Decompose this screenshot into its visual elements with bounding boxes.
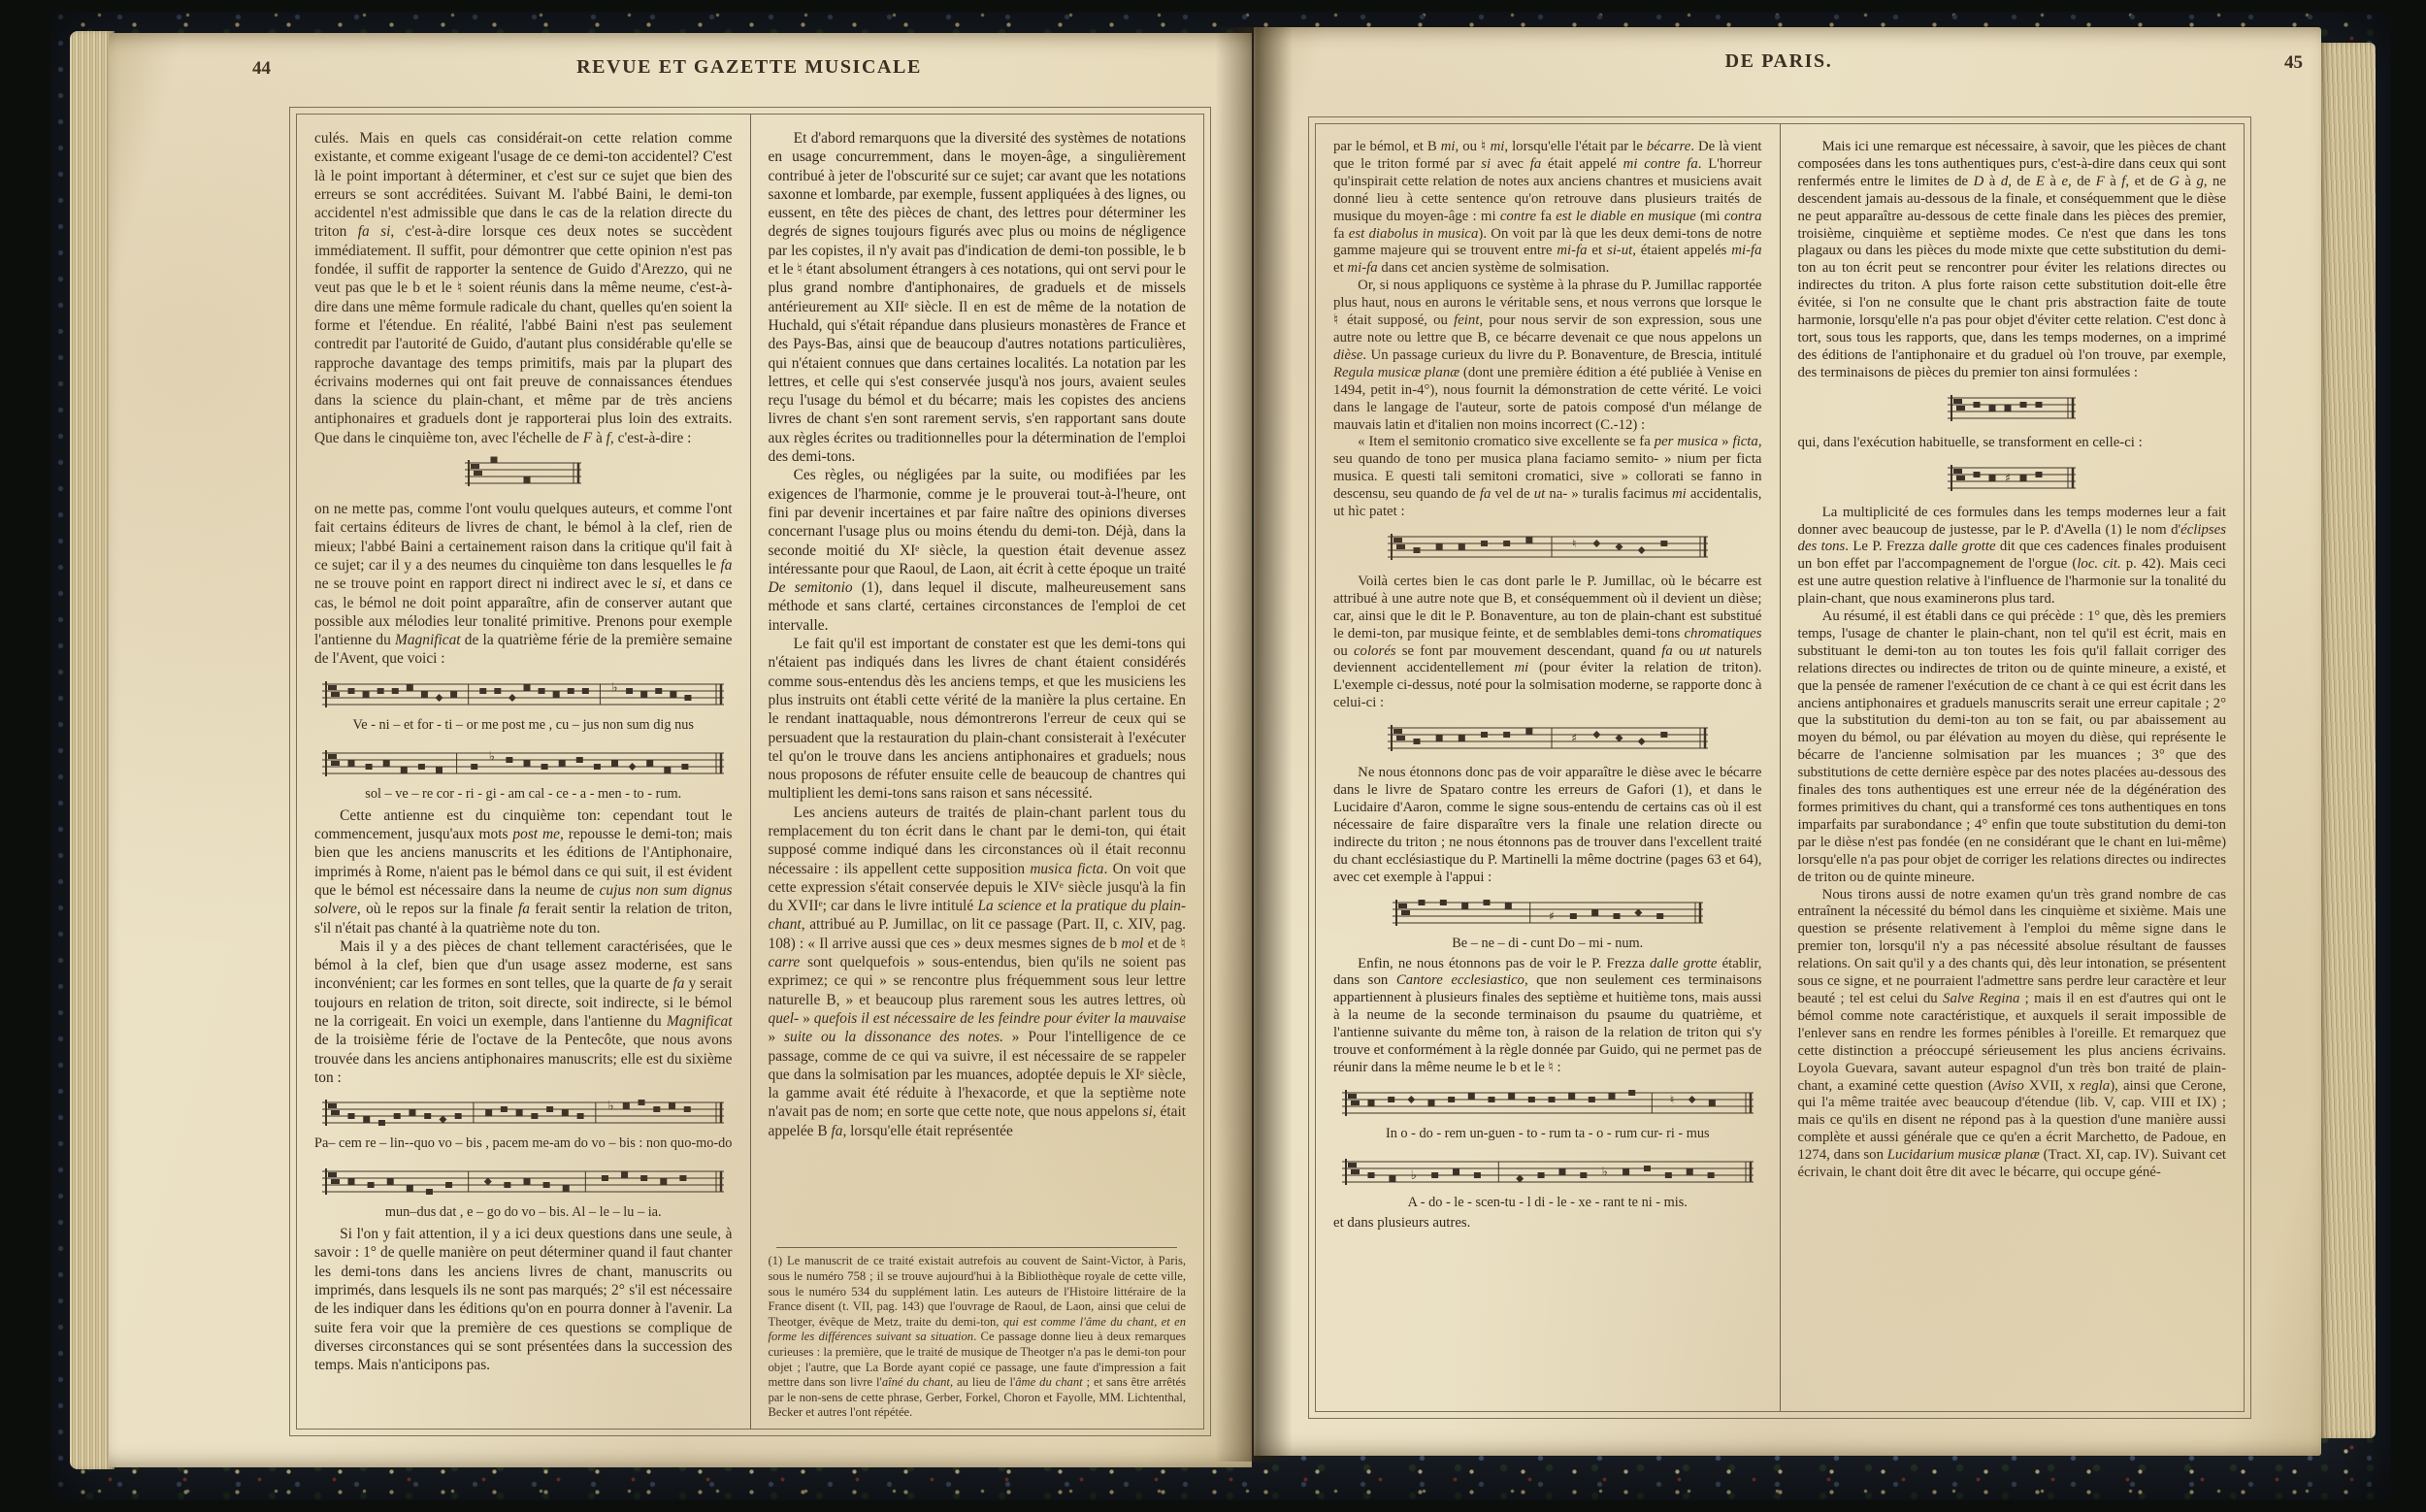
- paragraph: La multiplicité de ces formules dans les…: [1798, 505, 2227, 608]
- music-example: ♭sol – ve – re cor - ri - gi - am cal - …: [322, 744, 724, 802]
- paragraph: qui, dans l'exécution habituelle, se tra…: [1798, 435, 2227, 452]
- music-example: ♮In o - do - rem un-guen - to - rum ta -…: [1342, 1084, 1754, 1141]
- svg-text:♯: ♯: [1549, 909, 1555, 923]
- paragraph: Les anciens auteurs de traités de plain-…: [769, 804, 1187, 1140]
- music-example: mun–dus dat , e – go do vo – bis. Al – l…: [322, 1163, 724, 1220]
- right-page-column-1: par le bémol, et B mi, ou ♮ mi, lorsqu'e…: [1316, 124, 1780, 1411]
- music-lyrics: sol – ve – re cor - ri - gi - am cal - c…: [322, 786, 724, 802]
- frame-inner-right: par le bémol, et B mi, ou ♮ mi, lorsqu'e…: [1315, 123, 2245, 1412]
- paragraph: et dans plusieurs autres.: [1333, 1215, 1762, 1233]
- music-lyrics: A - do - le - scen-tu - l di - le - xe -…: [1342, 1195, 1754, 1210]
- music-example: ♯: [1388, 719, 1708, 760]
- music-example: ♭Pa– cem re – lin--quo vo – bis , pacem …: [314, 1094, 732, 1151]
- paragraph: « Item el semitonio cromatico sive excel…: [1333, 434, 1762, 521]
- music-example: ♭♭A - do - le - scen-tu - l di - le - xe…: [1342, 1153, 1754, 1210]
- paragraph: Si l'on y fait attention, il y a ici deu…: [314, 1225, 733, 1374]
- music-lyrics: Pa– cem re – lin--quo vo – bis , pacem m…: [314, 1135, 732, 1151]
- svg-text:♭: ♭: [489, 749, 495, 764]
- running-title-right: DE PARIS.: [1725, 50, 1833, 73]
- music-lyrics: Ve - ni – et for - ti – or me post me , …: [322, 717, 724, 733]
- svg-text:♭: ♭: [1601, 1165, 1607, 1179]
- left-page-column-2: Et d'abord remarquons que la diversité d…: [750, 115, 1204, 1429]
- paragraph: Ne nous étonnons donc pas de voir appara…: [1333, 765, 1762, 886]
- music-example: [465, 454, 581, 495]
- svg-text:♭: ♭: [612, 680, 618, 695]
- running-title-left: REVUE ET GAZETTE MUSICALE: [576, 56, 922, 79]
- paragraph: Or, si nous appliquons ce système à la p…: [1333, 278, 1762, 434]
- frame-inner-left: culés. Mais en quels cas considérait-on …: [296, 114, 1204, 1430]
- music-lyrics: mun–dus dat , e – go do vo – bis. Al – l…: [322, 1204, 724, 1220]
- paragraph: Le fait qu'il est important de constater…: [769, 635, 1187, 804]
- svg-text:♯: ♯: [2005, 471, 2011, 484]
- music-example: ♯Be – ne – di - cunt Do – mi - num.: [1393, 894, 1703, 951]
- music-example: ♯: [1948, 459, 2076, 500]
- paragraph: Nous tirons aussi de notre examen qu'un …: [1798, 887, 2227, 1182]
- svg-text:♯: ♯: [1571, 732, 1577, 745]
- text-frame-left: culés. Mais en quels cas considérait-on …: [289, 107, 1211, 1436]
- paragraph: Voilà certes bien le cas dont parle le P…: [1333, 574, 1762, 712]
- text-frame-right: par le bémol, et B mi, ou ♮ mi, lorsqu'e…: [1308, 116, 2251, 1419]
- paragraph: Enfin, ne nous étonnons pas de voir le P…: [1333, 956, 1762, 1077]
- svg-text:♭: ♭: [1410, 1168, 1416, 1183]
- footnote: (1) Le manuscrit de ce traité existait a…: [769, 1254, 1187, 1421]
- page-number-left: 44: [252, 58, 271, 80]
- page-edge-stack-right: [2319, 43, 2376, 1438]
- music-example: ♮: [1388, 528, 1708, 569]
- page-number-right: 45: [2284, 52, 2303, 74]
- paragraph: Mais ici une remarque est nécessaire, à …: [1798, 139, 2227, 382]
- right-page: DE PARIS. 45 par le bémol, et B mi, ou ♮…: [1254, 27, 2321, 1456]
- book-photograph: 44 REVUE ET GAZETTE MUSICALE culés. Mais…: [0, 0, 2426, 1512]
- left-page-column-1: culés. Mais en quels cas considérait-on …: [297, 115, 750, 1429]
- svg-text:♮: ♮: [1670, 1093, 1674, 1106]
- paragraph: par le bémol, et B mi, ou ♮ mi, lorsqu'e…: [1333, 139, 1762, 278]
- svg-text:♮: ♮: [1572, 537, 1576, 550]
- left-page: 44 REVUE ET GAZETTE MUSICALE culés. Mais…: [109, 33, 1252, 1467]
- music-example: ♭Ve - ni – et for - ti – or me post me ,…: [322, 675, 724, 733]
- music-lyrics: Be – ne – di - cunt Do – mi - num.: [1393, 936, 1703, 951]
- paragraph: Mais il y a des pièces de chant tellemen…: [314, 937, 733, 1087]
- paragraph: Cette antienne est du cinquième ton: cep…: [314, 806, 733, 937]
- music-lyrics: In o - do - rem un-guen - to - rum ta - …: [1342, 1126, 1754, 1141]
- paragraph: Au résumé, il est établi dans ce qui pré…: [1798, 608, 2227, 887]
- paragraph: Ces règles, ou négligées par la suite, o…: [769, 466, 1187, 635]
- footnote-rule: [776, 1247, 1177, 1254]
- paragraph: culés. Mais en quels cas considérait-on …: [314, 129, 733, 447]
- right-page-column-2: Mais ici une remarque est nécessaire, à …: [1780, 124, 2245, 1411]
- svg-text:♭: ♭: [608, 1100, 614, 1114]
- paragraph: Et d'abord remarquons que la diversité d…: [769, 129, 1187, 466]
- paragraph: on ne mette pas, comme l'ont voulu quelq…: [314, 500, 733, 669]
- music-example: [1948, 389, 2076, 430]
